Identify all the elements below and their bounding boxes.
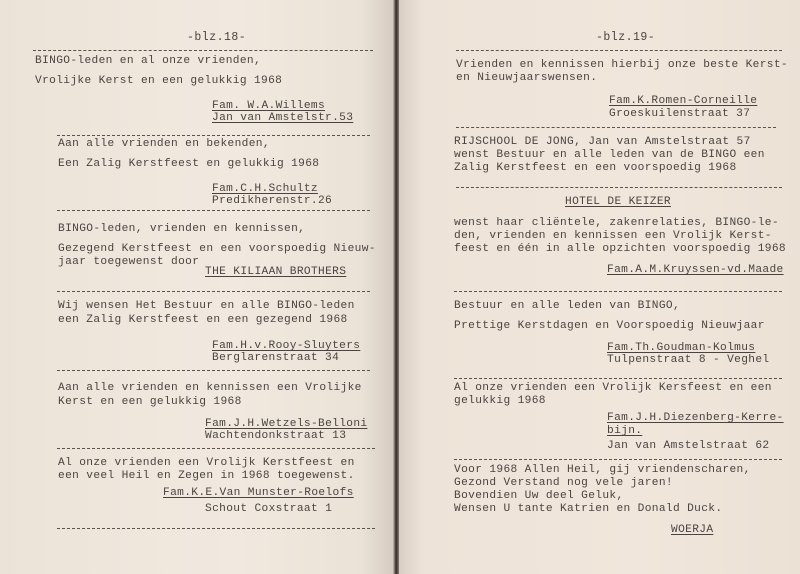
message-line: een Zalig Kerstfeest en een gezegend 196…: [58, 314, 348, 327]
message-line: Vrienden en kennissen hierbij onze beste…: [456, 59, 788, 72]
page-number: -blz.19-: [596, 31, 655, 44]
message-line: en Nieuwjaarswensen.: [456, 72, 597, 85]
message-line: jaar toegewenst door: [58, 256, 199, 269]
left-page: -blz.18- BINGO-leden en al onze vrienden…: [0, 0, 393, 574]
verse-line: Voor 1968 Allen Heil, gij vriendenschare…: [454, 464, 751, 477]
divider: [57, 448, 375, 449]
divider: [454, 378, 782, 379]
message-line: RIJSCHOOL DE JONG, Jan van Amstelstraat …: [454, 136, 751, 149]
signature-address: Berglarenstraat 34: [212, 352, 339, 365]
message-line: Een Zalig Kerstfeest en gelukkig 1968: [58, 158, 319, 171]
message-line: BINGO-leden, vrienden en kennissen,: [58, 223, 305, 236]
signature-name: Fam.J.H.Diezenberg-Kerre-: [607, 412, 784, 425]
message-line: Vrolijke Kerst en een gelukkig 1968: [35, 75, 282, 88]
message-line: wenst haar cliëntele, zakenrelaties, BIN…: [454, 217, 779, 230]
message-line: gelukkig 1968: [454, 395, 546, 408]
signature-address: Predikherenstr.26: [212, 195, 332, 208]
message-line: BINGO-leden en al onze vrienden,: [35, 55, 261, 68]
divider: [57, 370, 370, 371]
message-line: den, vrienden en kennissen een Vrolijk K…: [454, 230, 772, 243]
divider: [456, 187, 782, 188]
message-line: Wij wensen Het Bestuur en alle BINGO-led…: [58, 300, 355, 313]
signature-name: WOERJA: [671, 524, 713, 537]
signature-name: THE KILIAAN BROTHERS: [205, 266, 346, 279]
signature-address: Groeskuilenstraat 37: [609, 108, 750, 121]
divider: [456, 50, 782, 51]
divider: [454, 459, 782, 460]
section-heading: HOTEL DE KEIZER: [565, 196, 671, 209]
signature-address: Wachtendonkstraat 13: [205, 430, 346, 443]
verse-line: Bovendien Uw deel Geluk,: [454, 490, 624, 503]
message-line: Gezegend Kerstfeest en een voorspoedig N…: [58, 243, 376, 256]
divider: [454, 291, 782, 292]
signature-address: Jan van Amstelstraat 62: [607, 440, 769, 453]
divider: [57, 210, 370, 211]
divider: [33, 50, 373, 51]
signature-address: Jan van Amstelstr.53: [212, 112, 353, 125]
message-line: feest en één in alle opzichten voorspoed…: [454, 243, 786, 256]
signature-name: Fam.A.M.Kruyssen-vd.Maade: [607, 264, 784, 277]
message-line: Al onze vrienden een Vrolijk Kersfeest e…: [454, 382, 772, 395]
signature-name-cont: bijn.: [607, 425, 642, 438]
signature-address: Schout Coxstraat 1: [205, 503, 332, 516]
message-line: Aan alle vrienden en kennissen een Vroli…: [58, 382, 362, 395]
message-line: Zalig Kerstfeest en een voorspoedig 1968: [454, 162, 737, 175]
message-line: een veel Heil en Zegen in 1968 toegewens…: [58, 470, 355, 483]
message-line: Bestuur en alle leden van BINGO,: [454, 300, 680, 313]
signature-name: Fam.K.E.Van Munster-Roelofs: [163, 487, 354, 500]
verse-line: Gezond Verstand nog vele jaren!: [454, 477, 673, 490]
divider: [57, 135, 370, 136]
right-page: -blz.19- Vrienden en kennissen hierbij o…: [399, 0, 800, 574]
message-line: wenst Bestuur en alle leden van de BINGO…: [454, 149, 765, 162]
message-line: Prettige Kerstdagen en Voorspoedig Nieuw…: [454, 320, 765, 333]
message-line: Aan alle vrienden en bekenden,: [58, 138, 270, 151]
message-line: Kerst en een gelukkig 1968: [58, 396, 242, 409]
verse-line: Wensen U tante Katrien en Donald Duck.: [454, 503, 722, 516]
divider: [456, 127, 776, 128]
divider: [57, 528, 375, 529]
divider: [57, 291, 370, 292]
signature-address: Tulpenstraat 8 - Veghel: [607, 354, 769, 367]
message-line: Al onze vrienden een Vrolijk Kerstfeest …: [58, 457, 355, 470]
page-number: -blz.18-: [187, 31, 246, 44]
signature-name: Fam.K.Romen-Corneille: [609, 95, 757, 108]
